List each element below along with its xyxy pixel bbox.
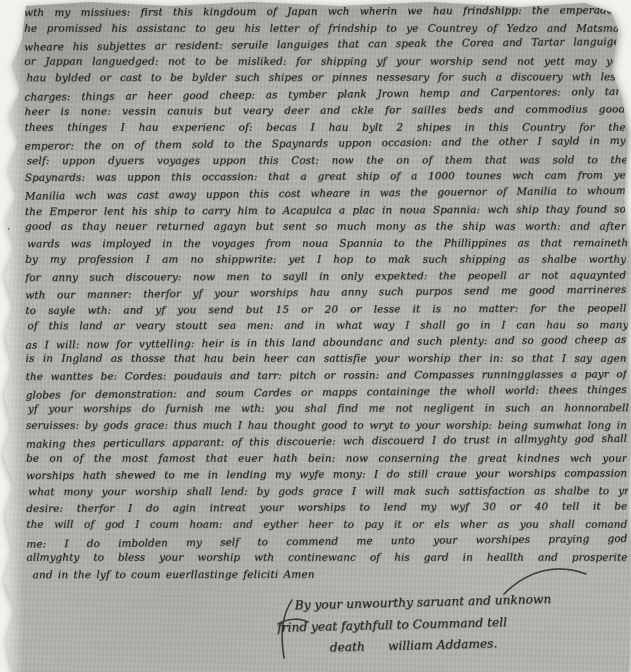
- letter-line: be on of the most famost that euer hath …: [26, 450, 627, 467]
- letter-line: worships hath shewed to me in lending my…: [26, 466, 627, 485]
- letter-line: yf your worships do furnish me wth: you …: [28, 400, 629, 418]
- letter-line: wth my missiues: first this kingdoum of …: [24, 2, 625, 21]
- letter-line: and in the lyf to coum euerllastinge fel…: [28, 566, 629, 584]
- letter-line: good as thay neuer returned agayn but se…: [25, 219, 626, 236]
- letter-line: desire: therfor I do agin intreat your w…: [26, 499, 627, 518]
- letter-scan: wth my missiues: first this kingdoum of …: [0, 0, 631, 672]
- margin-ink-mark: y: [2, 224, 9, 239]
- letter-body: wth my missiues: first this kingdoum of …: [24, 2, 628, 584]
- letter-line: self: uppon dyuers voyages uppon this Co…: [27, 152, 628, 170]
- letter-line: allmyghty to bless your worship wth cont…: [26, 550, 627, 567]
- letter-paper: wth my missiues: first this kingdoum of …: [0, 0, 631, 672]
- letter-line: wards was imployed in the voyages from n…: [27, 235, 628, 253]
- letter-line: is in Ingland as thosse that hau bein he…: [26, 351, 627, 368]
- letter-line: by my profession I am no shippwrite: yet…: [25, 252, 626, 269]
- letter-line: or Jappan languedged: not to be misliked…: [24, 53, 625, 70]
- letter-line: what mony your worship shall lend: by go…: [28, 483, 629, 501]
- letter-closing: By your unwourthy saruant and unknown fr…: [266, 588, 612, 661]
